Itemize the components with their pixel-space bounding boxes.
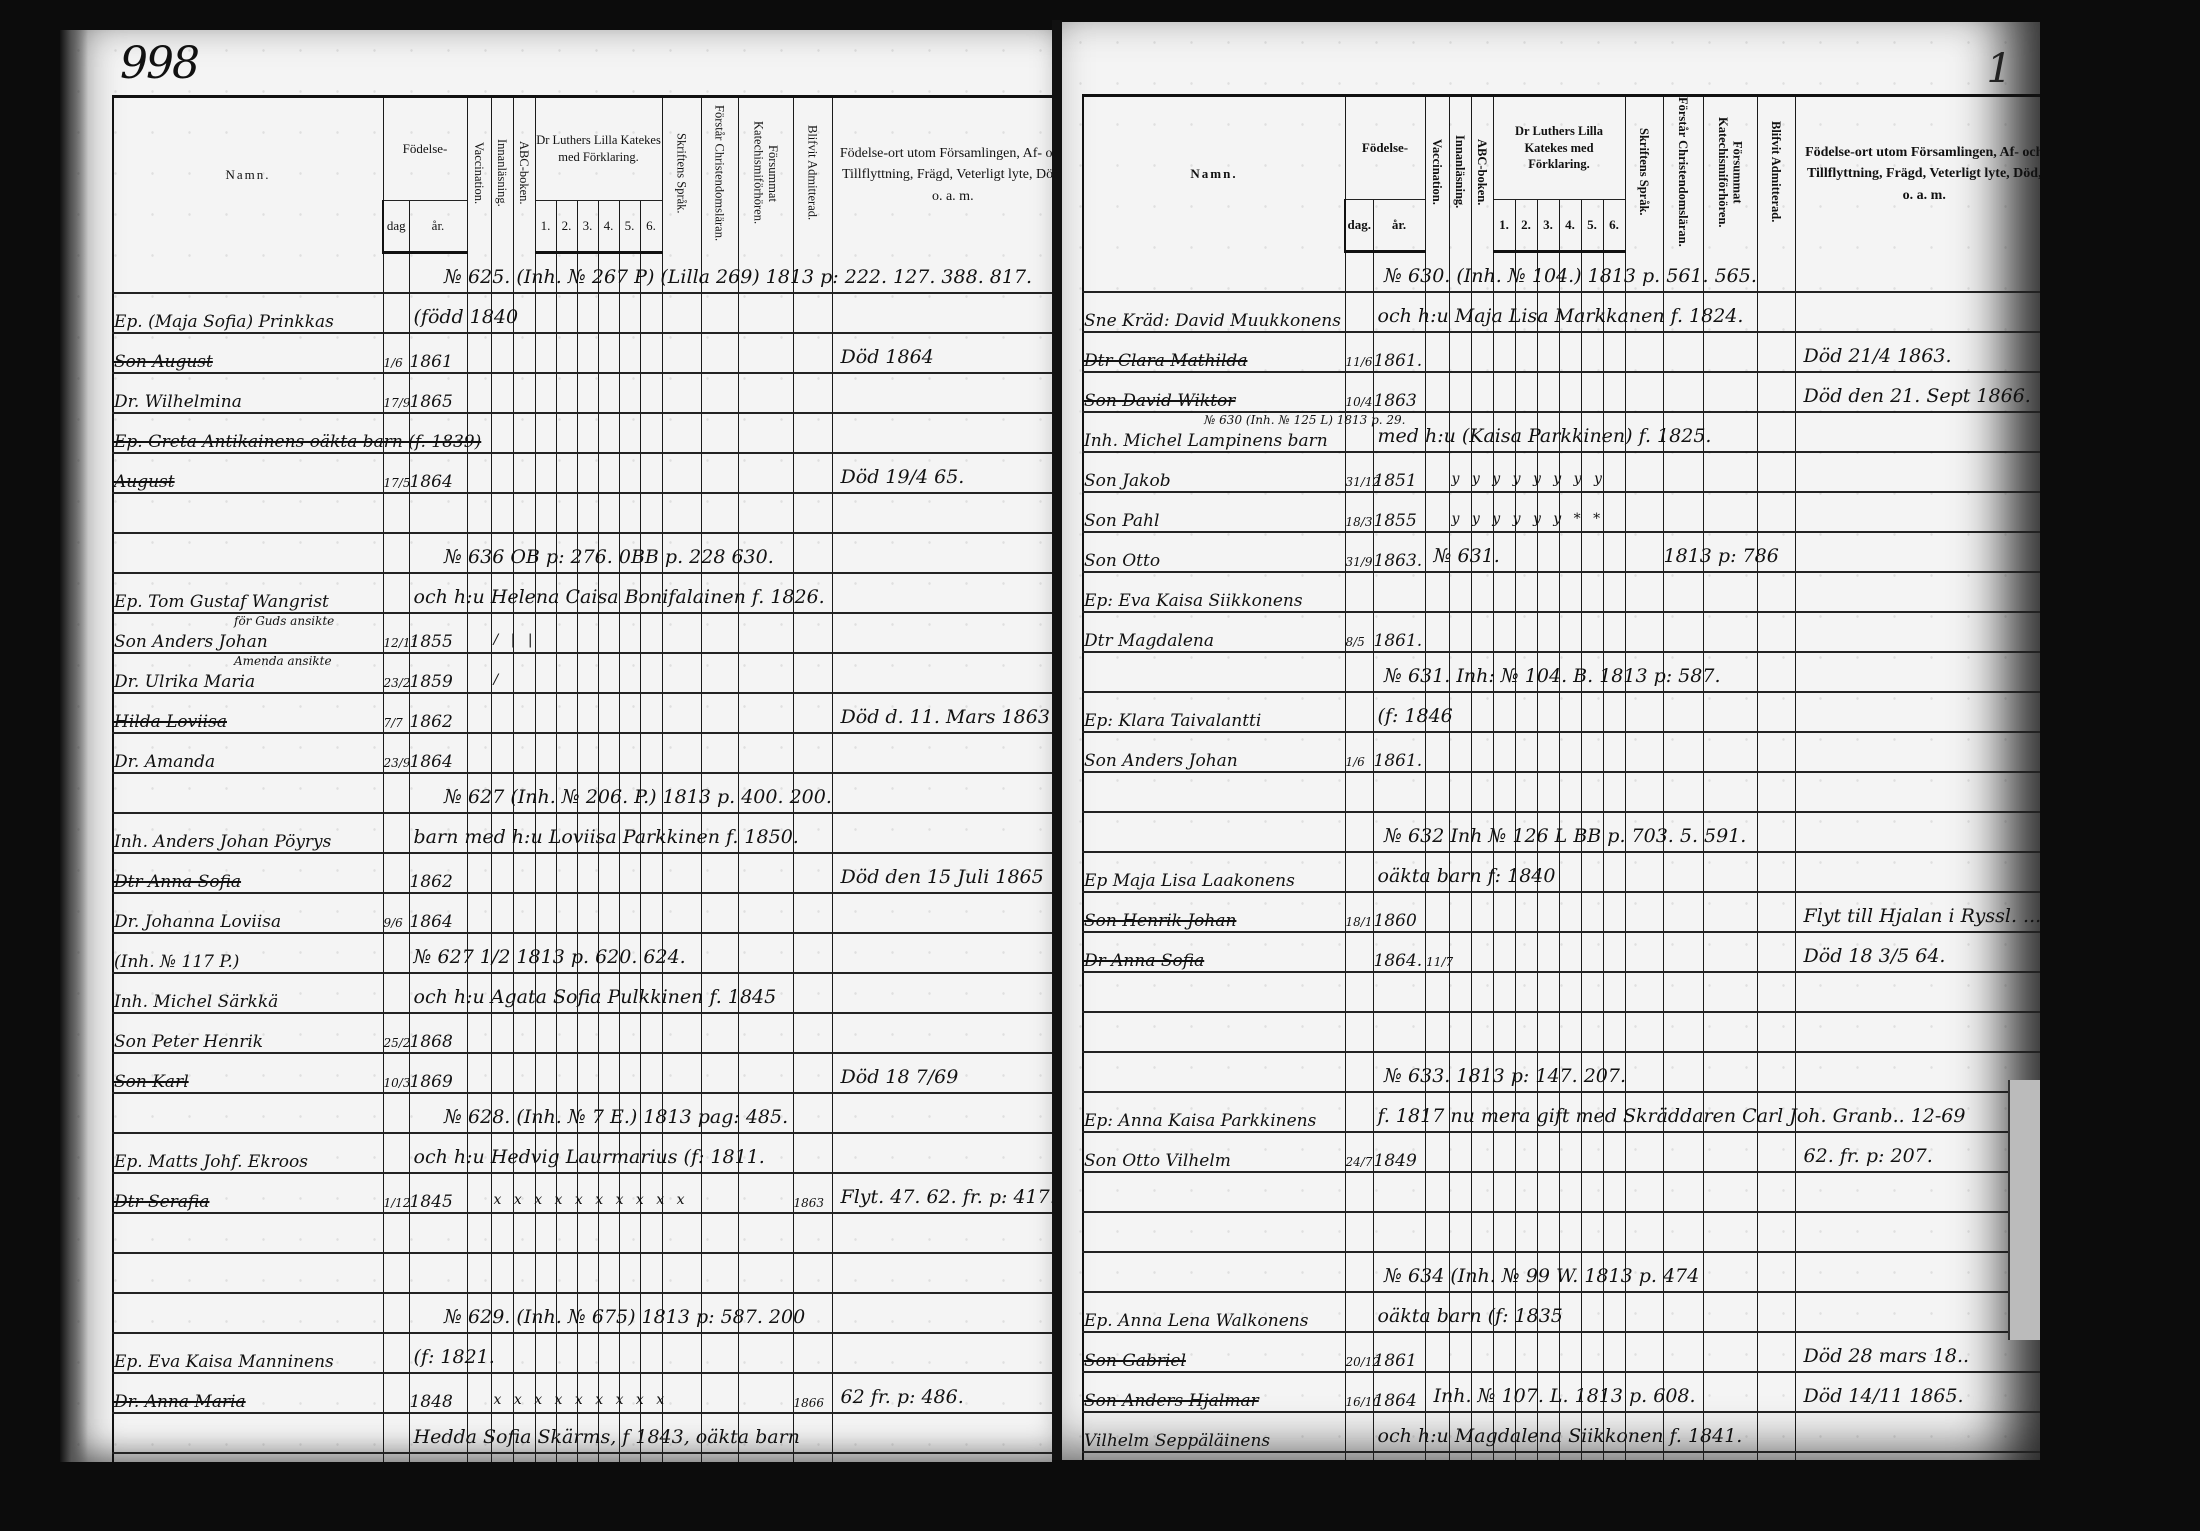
table-cell — [513, 373, 535, 413]
table-cell — [1625, 932, 1663, 972]
table-row: Ep: Eva Kaisa Siikkonens — [1083, 572, 2040, 612]
table-cell — [577, 533, 598, 573]
table-cell — [738, 1453, 793, 1462]
table-cell — [535, 252, 556, 293]
table-cell — [1663, 572, 1703, 612]
table-cell — [1603, 972, 1625, 1012]
table-cell — [535, 453, 556, 493]
table-cell — [662, 933, 701, 973]
table-cell — [577, 853, 598, 893]
cell-name: Vilhelm Seppäläinens — [1083, 1412, 1345, 1452]
table-cell — [577, 1413, 598, 1453]
table-cell — [577, 813, 598, 853]
table-cell — [701, 413, 738, 453]
table-cell — [1493, 492, 1515, 532]
table-cell — [1345, 1092, 1373, 1132]
header-scripture: Skriftens Språk. — [1625, 96, 1663, 252]
cell-name: № 631. Inh: № 104. B. 1813 p: 587. — [1083, 652, 1345, 692]
table-cell — [1515, 492, 1537, 532]
table-row: Dr. Anna Maria1848x x x x x x x x x18666… — [113, 1373, 1052, 1413]
cell-remarks: 62. fr. p: 207. — [1795, 1132, 2040, 1172]
table-cell — [1471, 852, 1493, 892]
table-cell — [1449, 772, 1471, 812]
table-cell — [1603, 492, 1625, 532]
birth-year: 1864 — [410, 752, 453, 772]
cell-remarks — [832, 813, 1052, 853]
table-cell — [662, 1173, 701, 1213]
table-cell — [1449, 251, 1471, 292]
register-rows-right: № 630. (Inh. № 104.) 1813 p. 561. 565.Sn… — [1083, 251, 2040, 1460]
person-name: Sne Kräd: David Muukkonens — [1084, 311, 1341, 331]
table-cell — [1471, 1092, 1493, 1132]
table-cell — [1471, 1412, 1493, 1452]
table-cell — [1515, 1452, 1537, 1460]
birth-year: 1855 — [1374, 511, 1417, 531]
table-cell — [738, 252, 793, 293]
table-cell — [1663, 1412, 1703, 1452]
cell-birth-year — [409, 252, 467, 293]
cell-remarks — [1795, 412, 2040, 452]
birth-year: 1861. — [1374, 751, 1423, 771]
cell-birth-day: 17/9 — [383, 373, 409, 413]
table-cell — [1493, 972, 1515, 1012]
cell-birth-day: 11/6 — [1345, 332, 1373, 372]
cell-remarks: Död 18 7/69 — [832, 1053, 1052, 1093]
table-cell — [535, 493, 556, 533]
table-cell — [1703, 612, 1757, 652]
table-cell — [619, 453, 640, 493]
table-cell — [1449, 692, 1471, 732]
table-cell — [701, 573, 738, 613]
table-cell — [1603, 892, 1625, 932]
table-cell — [1559, 372, 1581, 412]
table-cell — [513, 1133, 535, 1173]
cell-birth-day: 1/12 — [383, 1173, 409, 1213]
remark: Död 1864 — [841, 346, 934, 368]
cell-birth-year — [409, 413, 467, 453]
table-cell — [1425, 1412, 1449, 1452]
table-cell — [577, 333, 598, 373]
table-cell — [1537, 1332, 1559, 1372]
table-cell — [1625, 332, 1663, 372]
cell-name: Ep: Klara Taivalantti — [1083, 692, 1345, 732]
table-cell — [1559, 572, 1581, 612]
table-cell — [1663, 932, 1703, 972]
table-cell — [491, 973, 513, 1013]
table-cell — [1515, 852, 1537, 892]
cell-remarks — [1795, 1092, 2040, 1132]
birth-year: 1845 — [410, 1192, 453, 1212]
birth-day: 7/7 — [384, 716, 403, 730]
cell-name: Son David Wiktor — [1083, 372, 1345, 412]
table-cell — [1603, 1132, 1625, 1172]
cell-name: Hilda Loviisa — [113, 693, 383, 733]
table-cell — [1757, 1052, 1795, 1092]
table-cell — [1603, 932, 1625, 972]
table-cell — [535, 1253, 556, 1293]
table-cell — [556, 1253, 577, 1293]
table-row: Ep. Greta Antikainens oäkta barn (f. 183… — [113, 413, 1052, 453]
table-cell — [640, 1333, 662, 1373]
person-name: Son Gabriel — [1084, 1351, 1186, 1371]
table-cell — [1471, 572, 1493, 612]
table-cell — [793, 933, 832, 973]
table-cell — [1449, 332, 1471, 372]
table-cell — [1603, 692, 1625, 732]
cell-birth-day: 7/7 — [383, 693, 409, 733]
cell-birth-year — [409, 533, 467, 573]
table-cell — [1471, 732, 1493, 772]
table-row: Hedda Sofia Skärms, f 1843, oäkta barn — [113, 1413, 1052, 1453]
register-table-left: Namn. Födelse- Vaccination. Innanläsning… — [112, 95, 1052, 1462]
table-cell — [662, 1333, 701, 1373]
cell-birth-year — [1373, 1172, 1425, 1212]
table-cell — [1703, 1372, 1757, 1412]
cell-remarks — [1795, 652, 2040, 692]
table-cell — [1757, 932, 1795, 972]
person-name: Inh. Michel Lampinens barn — [1084, 431, 1328, 451]
table-cell — [1345, 292, 1373, 332]
cell-name: Dtr Anna Sofia — [113, 853, 383, 893]
cell-remarks — [832, 933, 1052, 973]
table-cell — [491, 1013, 513, 1053]
table-cell — [793, 613, 832, 653]
cell-name: Inh. Michel Särkkä — [113, 973, 383, 1013]
header-reading: Innanläsning. — [1449, 96, 1471, 252]
table-cell — [535, 693, 556, 733]
cell-birth-year: (född 1840 — [409, 293, 467, 333]
table-cell — [1559, 772, 1581, 812]
table-cell — [793, 733, 832, 773]
birth-year: 1869 — [410, 1072, 453, 1092]
cell-remarks: Död den 21. Sept 1866. — [1795, 372, 2040, 412]
cell-remarks — [832, 293, 1052, 333]
table-cell — [491, 1333, 513, 1373]
table-cell — [467, 413, 491, 453]
person-name: Son Karl — [114, 1072, 189, 1092]
household-row: № 636 OB p: 276. 0BB p. 228 630. — [113, 533, 1052, 573]
cell-name — [1083, 1212, 1345, 1252]
table-row: Inh. Michel Lampinens barn№ 630 (Inh. № … — [1083, 412, 2040, 452]
birth-day: 17/9 — [384, 396, 411, 410]
birth-year: 1862 — [410, 872, 453, 892]
table-cell — [1425, 932, 1449, 972]
cell-birth-year — [1373, 1012, 1425, 1052]
header-catechism-part-5: 5. — [1581, 199, 1603, 251]
table-cell — [1625, 812, 1663, 852]
table-cell — [1603, 1212, 1625, 1252]
table-cell — [1345, 1012, 1373, 1052]
table-cell — [1515, 772, 1537, 812]
table-cell — [1515, 652, 1537, 692]
birth-year: 1864 — [410, 912, 453, 932]
cell-catechism-marks: / | | — [491, 613, 513, 653]
table-cell — [793, 373, 832, 413]
table-cell — [1425, 1132, 1449, 1172]
table-cell — [1703, 532, 1757, 572]
table-cell — [1449, 572, 1471, 612]
table-row: Ep: Klara Taivalantti(f: 1846 — [1083, 692, 2040, 732]
table-cell — [1537, 1132, 1559, 1172]
table-cell — [1757, 1212, 1795, 1252]
remark: Död 28 mars 18.. — [1804, 1345, 1970, 1367]
table-cell — [1663, 692, 1703, 732]
table-row — [1083, 772, 2040, 812]
cell-remarks — [832, 413, 1052, 453]
cell-birth-year: och h:u Agata Sofia Pulkkinen f. 1845 — [409, 973, 467, 1013]
table-cell — [1581, 1052, 1603, 1092]
table-cell — [1515, 1292, 1537, 1332]
table-cell — [1757, 332, 1795, 372]
table-cell — [1449, 1292, 1471, 1332]
table-cell — [1471, 1332, 1493, 1372]
right-page: 1 Namn. Födelse- Vaccination. Innanläsni… — [1062, 22, 2040, 1460]
table-cell — [662, 1413, 701, 1453]
person-name: Son Henrik Johan — [1084, 911, 1236, 931]
table-cell — [535, 893, 556, 933]
birth-day: 10/3 — [384, 1076, 411, 1090]
table-cell — [1559, 812, 1581, 852]
table-cell — [1471, 1452, 1493, 1460]
table-cell — [1559, 972, 1581, 1012]
remark: 62. fr. p: 207. — [1804, 1145, 1933, 1167]
table-cell — [1471, 892, 1493, 932]
table-cell — [1663, 1012, 1703, 1052]
table-cell — [383, 493, 409, 533]
cell-remarks — [832, 1213, 1052, 1253]
birth-year: 1862 — [410, 712, 453, 732]
cell-remarks — [1795, 492, 2040, 532]
cell-name: Ep Maja Lisa Laakonens — [1083, 852, 1345, 892]
table-cell — [535, 1413, 556, 1453]
table-cell — [1537, 812, 1559, 852]
table-cell — [467, 1453, 491, 1462]
table-cell — [662, 453, 701, 493]
person-name: Ep. Eva Kaisa Manninens — [114, 1352, 334, 1372]
person-name: Ep. Anna Lena Walkonens — [1084, 1311, 1308, 1331]
header-name: Namn. — [1083, 96, 1345, 252]
table-cell — [1425, 612, 1449, 652]
cell-remarks — [1795, 572, 2040, 612]
table-row: Son David Wiktor10/41863Död den 21. Sept… — [1083, 372, 2040, 412]
table-cell — [1581, 972, 1603, 1012]
table-cell — [598, 773, 619, 813]
table-cell — [640, 1013, 662, 1053]
table-cell — [738, 973, 793, 1013]
table-cell — [1471, 692, 1493, 732]
person-name: Ep Maja Lisa Laakonens — [1084, 871, 1295, 891]
table-cell — [1625, 1052, 1663, 1092]
table-cell — [640, 693, 662, 733]
header-scripture: Skriftens Språk. — [662, 97, 701, 253]
table-cell — [556, 252, 577, 293]
table-cell — [701, 1253, 738, 1293]
table-cell — [619, 1373, 640, 1413]
table-cell — [1471, 372, 1493, 412]
table-cell — [1345, 1292, 1373, 1332]
cell-birth-year: (f: 1846 — [1373, 692, 1425, 732]
table-cell — [491, 453, 513, 493]
header-catechism-part-4: 4. — [598, 200, 619, 252]
table-cell — [1581, 852, 1603, 892]
table-cell — [1581, 1132, 1603, 1172]
table-cell — [701, 252, 738, 293]
table-cell — [1425, 1252, 1449, 1292]
cell-name: Son Otto — [1083, 532, 1345, 572]
table-cell — [1625, 692, 1663, 732]
table-cell — [598, 453, 619, 493]
table-cell — [662, 1213, 701, 1253]
cell-name: № 630. (Inh. № 104.) 1813 p. 561. 565. — [1083, 251, 1345, 292]
table-cell — [556, 1133, 577, 1173]
table-cell — [467, 1253, 491, 1293]
table-cell — [556, 1373, 577, 1413]
table-cell — [619, 413, 640, 453]
table-cell — [1515, 892, 1537, 932]
table-cell — [1703, 452, 1757, 492]
table-cell — [1537, 692, 1559, 732]
table-cell — [491, 693, 513, 733]
table-cell — [1345, 1212, 1373, 1252]
cell-birth-year — [1373, 572, 1425, 612]
table-cell — [513, 693, 535, 733]
household-row: № 629. (Inh. № 675) 1813 p: 587. 200 — [113, 1293, 1052, 1333]
header-vaccination: Vaccination. — [467, 97, 491, 253]
table-cell — [1581, 1252, 1603, 1292]
cell-birth-year — [1373, 1052, 1425, 1092]
table-cell — [1449, 292, 1471, 332]
table-cell — [598, 493, 619, 533]
table-cell — [556, 893, 577, 933]
table-cell — [1537, 732, 1559, 772]
table-cell — [1449, 652, 1471, 692]
table-cell — [535, 973, 556, 1013]
table-cell — [738, 373, 793, 413]
table-cell — [640, 293, 662, 333]
table-cell — [619, 813, 640, 853]
remark: Död 18 7/69 — [841, 1066, 959, 1088]
table-cell — [1559, 492, 1581, 532]
table-cell — [1345, 852, 1373, 892]
table-cell — [1757, 892, 1795, 932]
table-cell — [662, 733, 701, 773]
table-cell — [1625, 1012, 1663, 1052]
table-cell — [1425, 652, 1449, 692]
header-missed-catechism: Försummat Katechismiförhören. — [1703, 96, 1757, 252]
table-cell — [619, 933, 640, 973]
cell-birth-day: 12/6 — [383, 1453, 409, 1462]
person-name: Dr. Ulrika Maria — [114, 672, 255, 692]
table-cell — [662, 573, 701, 613]
table-cell — [793, 893, 832, 933]
table-cell — [701, 1173, 738, 1213]
person-name: Inh. Michel Särkkä — [114, 992, 278, 1012]
table-row — [1083, 1012, 2040, 1052]
table-row: Dr. Amanda23/91864 — [113, 733, 1052, 773]
table-cell — [598, 252, 619, 293]
table-cell — [1703, 1452, 1757, 1460]
table-cell — [640, 533, 662, 573]
table-cell — [577, 1093, 598, 1133]
table-cell — [662, 653, 701, 693]
table-cell — [738, 1413, 793, 1453]
cell-remarks — [832, 573, 1052, 613]
table-cell — [793, 1093, 832, 1133]
birth-day: 25/2 — [384, 1036, 411, 1050]
table-cell — [1603, 1412, 1625, 1452]
table-cell — [513, 653, 535, 693]
header-birth: Födelse- — [1345, 96, 1425, 200]
table-cell — [1559, 1412, 1581, 1452]
table-cell — [1493, 1332, 1515, 1372]
table-cell — [1663, 1252, 1703, 1292]
paper-tab — [2008, 1080, 2040, 1340]
cell-name: Ep. Anna Lena Walkonens — [1083, 1292, 1345, 1332]
table-cell — [701, 533, 738, 573]
table-cell — [577, 1213, 598, 1253]
remark: 62 fr. p: 486. — [841, 1386, 964, 1408]
table-cell — [738, 613, 793, 653]
table-cell — [1537, 492, 1559, 532]
cell-admitted: 1866 — [793, 1373, 832, 1413]
header-abc: ABC-boken. — [1471, 96, 1493, 252]
table-cell — [1663, 852, 1703, 892]
cell-birth-year — [409, 1293, 467, 1333]
cell-remarks — [832, 533, 1052, 573]
cell-name — [113, 1413, 383, 1453]
table-cell — [598, 973, 619, 1013]
table-cell — [535, 1453, 556, 1462]
person-name: Son Pahl — [1084, 511, 1159, 531]
table-cell — [383, 933, 409, 973]
table-cell — [1559, 1252, 1581, 1292]
cell-remarks: Död 19/4 65. — [832, 453, 1052, 493]
table-cell — [662, 853, 701, 893]
table-cell — [1603, 1012, 1625, 1052]
table-cell — [1703, 1332, 1757, 1372]
table-cell — [640, 1453, 662, 1462]
table-cell — [1757, 412, 1795, 452]
table-cell — [1663, 1452, 1703, 1460]
table-cell — [1449, 812, 1471, 852]
household-row: № 632 Inh № 126 L BB p. 703. 5. 591. — [1083, 812, 2040, 852]
table-cell — [1581, 412, 1603, 452]
table-cell — [1625, 1372, 1663, 1412]
table-cell — [556, 493, 577, 533]
table-row: Sne Kräd: David Muukkonensoch h:u Maja L… — [1083, 292, 2040, 332]
table-cell — [1757, 1012, 1795, 1052]
table-cell — [383, 1253, 409, 1293]
table-cell — [619, 1253, 640, 1293]
table-cell — [1559, 1452, 1581, 1460]
table-cell — [701, 693, 738, 733]
table-cell — [535, 573, 556, 613]
table-cell — [598, 533, 619, 573]
table-cell — [1703, 1292, 1757, 1332]
table-row — [113, 1253, 1052, 1293]
table-cell — [1757, 772, 1795, 812]
cell-remarks: Död 28 mars 18.. — [1795, 1332, 2040, 1372]
table-cell — [467, 573, 491, 613]
cell-birth-day: 31/9 — [1345, 532, 1373, 572]
table-cell — [535, 1093, 556, 1133]
cell-birth-year: 1859 — [409, 653, 467, 693]
table-cell — [556, 933, 577, 973]
cell-birth-year: 1862 — [409, 853, 467, 893]
cell-name: № 633. 1813 p: 147. 207. — [1083, 1052, 1345, 1092]
table-cell — [1703, 492, 1757, 532]
table-cell — [383, 813, 409, 853]
